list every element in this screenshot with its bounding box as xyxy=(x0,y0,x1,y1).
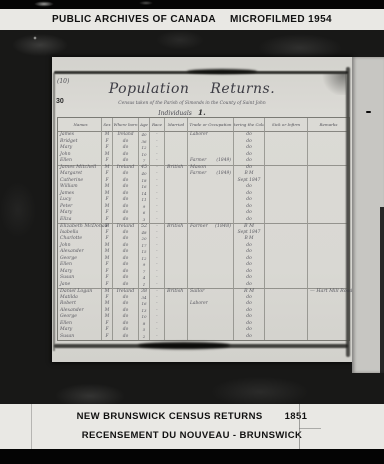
banner-line-english: NEW BRUNSWICK CENSUS RETURNS 1851 xyxy=(77,408,308,426)
column-header-4: Race xyxy=(149,118,164,132)
schedule-line: Individuals1. xyxy=(92,108,272,117)
census-returns-banner: NEW BRUNSWICK CENSUS RETURNS 1851 RECENS… xyxy=(0,404,384,449)
schedule-label: Individuals xyxy=(158,110,192,117)
cell-married xyxy=(164,334,187,341)
cell-born: do xyxy=(112,334,138,341)
cell-trade xyxy=(187,334,233,341)
page-left-border xyxy=(53,73,55,351)
banner-line-french: RECENSEMENT DU NOUVEAU - BRUNSWICK xyxy=(82,427,303,445)
cell-remarks xyxy=(307,334,349,341)
census-page-scan: (10) 30 Population Returns. Census taken… xyxy=(52,57,352,362)
column-header-8: Sick or Infirm xyxy=(264,118,307,132)
column-header-7: Entering the Colony xyxy=(233,118,264,132)
microfilmed-year-text: MICROFILMED 1954 xyxy=(230,14,332,25)
column-header-2: Where born xyxy=(112,118,138,132)
folio-number: (10) xyxy=(57,78,69,85)
census-returns-text: NEW BRUNSWICK CENSUS RETURNS xyxy=(77,408,263,426)
column-header-6: Trade or Occupation xyxy=(187,118,233,132)
microfilm-frame: PUBLIC ARCHIVES OF CANADA MICROFILMED 19… xyxy=(0,0,384,464)
census-table: NamesSexWhere bornAgeRaceMarriedTrade or… xyxy=(57,117,350,341)
column-header-9: Remarks xyxy=(307,118,349,132)
banner-divider-right xyxy=(299,404,300,449)
cell-age: 2 xyxy=(138,334,149,341)
column-header-5: Married xyxy=(164,118,187,132)
archives-banner-text: PUBLIC ARCHIVES OF CANADA xyxy=(52,14,216,25)
column-header-3: Age xyxy=(138,118,149,132)
page-corner-smudge xyxy=(320,73,346,95)
stamp-number: 30 xyxy=(56,98,64,105)
film-edge-strip xyxy=(352,57,384,373)
film-bottom-edge xyxy=(0,449,384,464)
census-year: 1851 xyxy=(285,408,308,426)
column-header-0: Names xyxy=(58,118,101,132)
film-speck xyxy=(366,111,371,113)
cell-sick xyxy=(264,334,307,341)
cell-sex: F xyxy=(101,334,112,341)
archives-banner: PUBLIC ARCHIVES OF CANADA MICROFILMED 19… xyxy=(0,9,384,30)
page-title: Population Returns. xyxy=(72,81,312,97)
schedule-number: 1. xyxy=(198,108,206,117)
cell-entering: do xyxy=(233,334,264,341)
page-top-ink-blob xyxy=(187,69,257,74)
cell-name: Susan xyxy=(58,334,101,341)
page-subtitle: Census taken of the Parish of Simonds in… xyxy=(92,101,292,106)
film-top-edge xyxy=(0,0,384,9)
column-header-1: Sex xyxy=(101,118,112,132)
page-bottom-ink-blob xyxy=(138,342,230,349)
banner-divider-left xyxy=(31,404,32,449)
cell-race: · xyxy=(149,334,164,341)
banner-divider-segment xyxy=(299,428,321,429)
film-edge-shadow xyxy=(380,207,384,373)
